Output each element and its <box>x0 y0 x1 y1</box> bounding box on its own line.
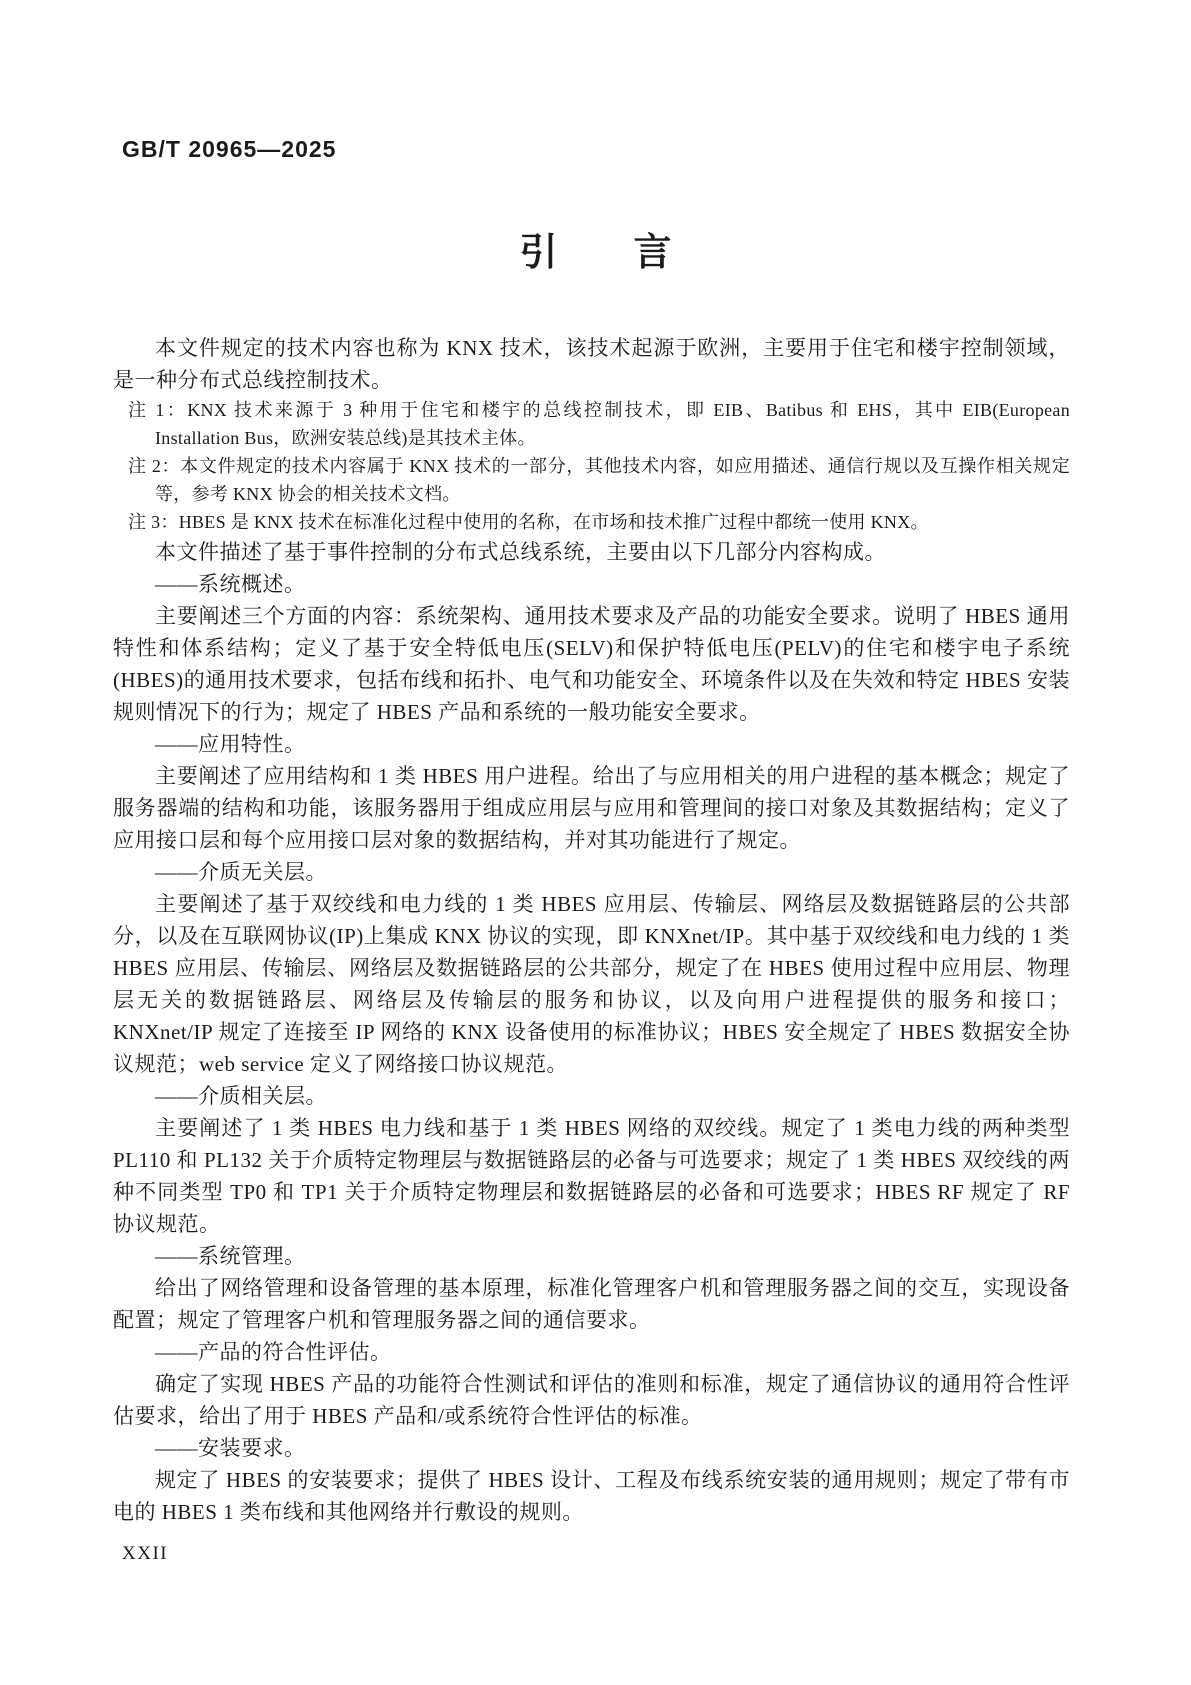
paragraph-application-characteristics: 主要阐述了应用结构和 1 类 HBES 用户进程。给出了与应用相关的用户进程的基… <box>113 760 1070 856</box>
paragraph-conformity-assessment: 确定了实现 HBES 产品的功能符合性测试和评估的准则和标准，规定了通信协议的通… <box>113 1368 1070 1432</box>
note-2: 注 2：本文件规定的技术内容属于 KNX 技术的一部分，其他技术内容，如应用描述… <box>128 452 1070 508</box>
note-2-label: 注 2： <box>128 456 180 476</box>
list-item-conformity-assessment: ——产品的符合性评估。 <box>113 1336 1070 1368</box>
list-item-media-independent-layer: ——介质无关层。 <box>113 856 1070 888</box>
page-title: 引 言 <box>0 230 1191 276</box>
page-number: XXII <box>122 1543 168 1565</box>
note-1: 注 1：KNX 技术来源于 3 种用于住宅和楼宇的总线控制技术，即 EIB、Ba… <box>128 396 1070 452</box>
paragraph-media-dependent-layer: 主要阐述了 1 类 HBES 电力线和基于 1 类 HBES 网络的双绞线。规定… <box>113 1112 1070 1240</box>
note-3-label: 注 3： <box>128 512 179 532</box>
standard-number: GB/T 20965—2025 <box>122 136 336 163</box>
note-3: 注 3：HBES 是 KNX 技术在标准化过程中使用的名称，在市场和技术推广过程… <box>128 508 1070 536</box>
paragraph-system-management: 给出了网络管理和设备管理的基本原理，标准化管理客户机和管理服务器之间的交互，实现… <box>113 1272 1070 1336</box>
paragraph-intro: 本文件规定的技术内容也称为 KNX 技术，该技术起源于欧洲，主要用于住宅和楼宇控… <box>113 332 1070 396</box>
document-page: GB/T 20965—2025 引 言 本文件规定的技术内容也称为 KNX 技术… <box>0 0 1191 1685</box>
note-3-text: HBES 是 KNX 技术在标准化过程中使用的名称，在市场和技术推广过程中都统一… <box>179 512 929 532</box>
list-item-installation-requirements: ——安装要求。 <box>113 1432 1070 1464</box>
note-1-label: 注 1： <box>128 400 187 420</box>
note-1-text: KNX 技术来源于 3 种用于住宅和楼宇的总线控制技术，即 EIB、Batibu… <box>155 400 1070 448</box>
note-2-text: 本文件规定的技术内容属于 KNX 技术的一部分，其他技术内容，如应用描述、通信行… <box>155 456 1070 504</box>
paragraph-media-independent-layer: 主要阐述了基于双绞线和电力线的 1 类 HBES 应用层、传输层、网络层及数据链… <box>113 888 1070 1080</box>
list-item-application-characteristics: ——应用特性。 <box>113 728 1070 760</box>
list-item-system-overview: ——系统概述。 <box>113 568 1070 600</box>
list-item-media-dependent-layer: ——介质相关层。 <box>113 1080 1070 1112</box>
paragraph-system-overview: 主要阐述三个方面的内容：系统架构、通用技术要求及产品的功能安全要求。说明了 HB… <box>113 600 1070 728</box>
document-body: 本文件规定的技术内容也称为 KNX 技术，该技术起源于欧洲，主要用于住宅和楼宇控… <box>113 332 1070 1528</box>
paragraph-document-structure: 本文件描述了基于事件控制的分布式总线系统，主要由以下几部分内容构成。 <box>113 536 1070 568</box>
paragraph-installation-requirements: 规定了 HBES 的安装要求；提供了 HBES 设计、工程及布线系统安装的通用规… <box>113 1464 1070 1528</box>
list-item-system-management: ——系统管理。 <box>113 1240 1070 1272</box>
